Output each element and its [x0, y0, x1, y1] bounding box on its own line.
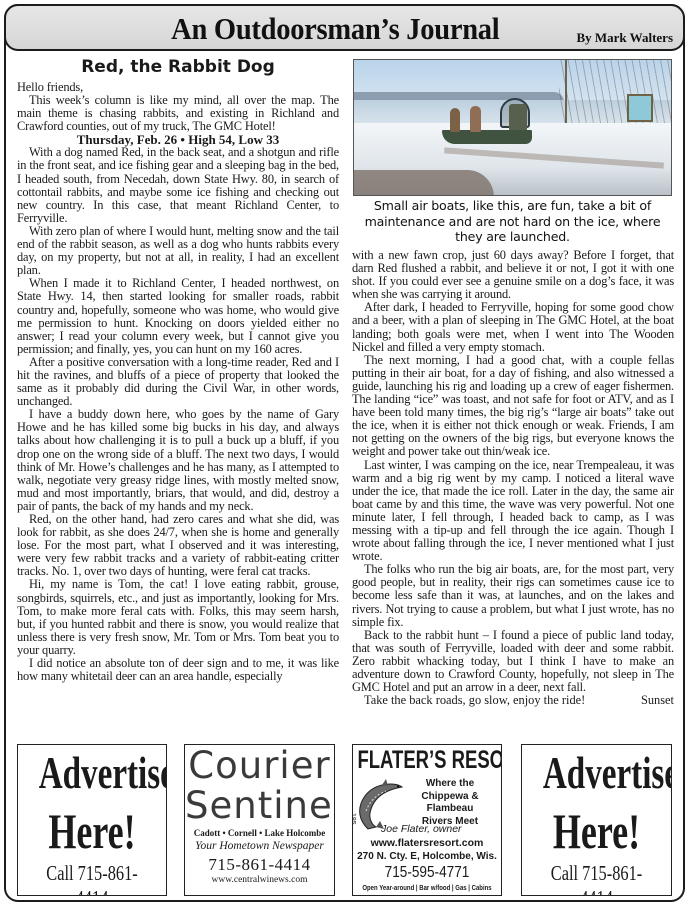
ad-phone: Call 715-861-4414	[538, 861, 654, 896]
paragraph: The next morning, I had a good chat, wit…	[352, 354, 674, 459]
paragraph: Last winter, I was camping on the ice, n…	[352, 459, 674, 564]
courier-towns: Cadott • Cornell • Lake Holcombe	[185, 828, 334, 838]
resort-amenities: Open Year-around | Bar w/food | Gas | Ca…	[360, 883, 494, 892]
paragraph: With zero plan of where I would hunt, me…	[17, 225, 339, 277]
ad-headline: Advertise	[39, 749, 146, 797]
tagline-line: Chippewa & Flambeau	[399, 791, 501, 816]
ad-advertise-here-left[interactable]: Advertise Here! Call 715-861-4414	[17, 744, 167, 896]
article-photo	[353, 59, 672, 196]
closing-text: Take the back roads, go slow, enjoy the …	[352, 694, 585, 707]
photo-trees	[559, 60, 672, 132]
courier-logo-line1: Courier	[185, 746, 334, 786]
article-headline: Red, the Rabbit Dog	[17, 56, 339, 78]
paragraph: When I made it to Richland Center, I hea…	[17, 277, 339, 356]
resort-title: FLATER’S RESORT	[357, 746, 496, 774]
article-left-column: Red, the Rabbit Dog Hello friends, This …	[17, 56, 339, 683]
paragraph: After a positive conversation with a lon…	[17, 356, 339, 408]
highway-number: 185	[352, 813, 356, 825]
tagline-line: Where the	[399, 778, 501, 791]
paragraph: The folks who run the big air boats, are…	[352, 563, 674, 628]
ad-courier-sentinel[interactable]: Courier Sentinel Cadott • Cornell • Lake…	[184, 744, 335, 896]
photo-person	[450, 108, 460, 132]
paragraph: This week’s column is like my mind, all …	[17, 94, 339, 133]
ad-flaters-resort[interactable]: FLATER’S RESORT 185 Where the Chippewa &…	[352, 744, 502, 896]
paragraph: After dark, I headed to Ferryville, hopi…	[352, 301, 674, 353]
photo-engine	[509, 104, 527, 132]
photo-airboat	[442, 130, 532, 144]
paragraph-continued: with a new fawn crop, just 60 days away?…	[352, 249, 674, 301]
paragraph: Back to the rabbit hunt – I found a piec…	[352, 629, 674, 694]
photo-caption: Small air boats, like this, are fun, tak…	[353, 198, 672, 245]
resort-tagline: Where the Chippewa & Flambeau Rivers Mee…	[399, 778, 501, 828]
resort-url-link[interactable]: www.flatersresort.com	[353, 837, 501, 849]
courier-tagline: Your Hometown Newspaper	[185, 840, 334, 852]
ad-subheadline: Here!	[39, 805, 146, 857]
photo-person	[470, 106, 481, 132]
courier-url-link[interactable]: www.centralwinews.com	[185, 875, 334, 885]
masthead: An Outdoorsman’s Journal By Mark Walters	[4, 4, 685, 51]
ad-advertise-here-right[interactable]: Advertise Here! Call 715-861-4414	[521, 744, 672, 896]
paragraph: I have a buddy down here, who goes by th…	[17, 408, 339, 513]
courier-phone: 715-861-4414	[185, 855, 334, 875]
byline: By Mark Walters	[576, 30, 673, 46]
ad-headline: Advertise	[543, 749, 650, 797]
photo-pole	[565, 60, 567, 130]
paragraph: Hi, my name is Tom, the cat! I love eati…	[17, 578, 339, 657]
signoff-name: Sunset	[629, 694, 674, 707]
resort-phone: 715-595-4771	[364, 864, 490, 882]
paragraph: With a dog named Red, in the back seat, …	[17, 146, 339, 225]
resort-owner: Joe Flater, owner	[381, 823, 501, 835]
column-title: An Outdoorsman’s Journal	[33, 11, 656, 47]
paragraph: I did notice an absolute ton of deer sig…	[17, 657, 339, 683]
article-right-column: with a new fawn crop, just 60 days away?…	[352, 249, 674, 707]
ad-subheadline: Here!	[543, 805, 650, 857]
ad-phone: Call 715-861-4414	[34, 861, 149, 896]
signoff-line: Take the back roads, go slow, enjoy the …	[352, 694, 674, 707]
resort-address: 270 N. Cty. E, Holcombe, Wis.	[353, 851, 501, 862]
photo-sign	[627, 94, 653, 122]
courier-logo-line2: Sentinel	[185, 786, 334, 826]
paragraph: Red, on the other hand, had zero cares a…	[17, 513, 339, 578]
photo-mud	[354, 170, 494, 196]
